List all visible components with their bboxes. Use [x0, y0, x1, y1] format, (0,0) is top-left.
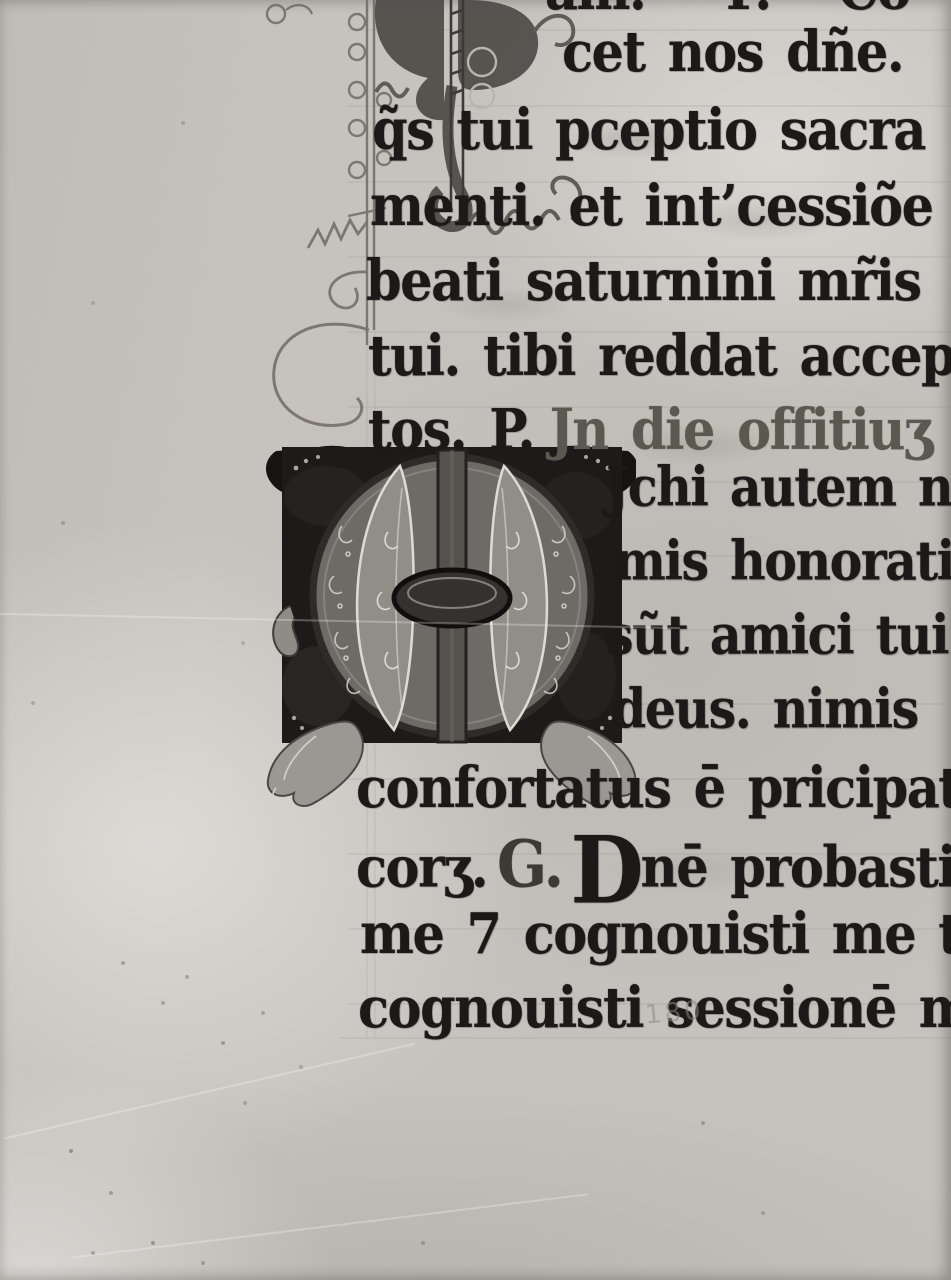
- text-black: tos. P.: [368, 397, 534, 463]
- text-line: beati saturnini mr̃is: [366, 249, 921, 314]
- text-line: q̃s tui pceptio sacra: [372, 98, 925, 163]
- text-black: corʒ.: [356, 834, 487, 900]
- text-line: menti. et int’cessiõe: [370, 174, 933, 239]
- illuminated-initial-m: [256, 436, 636, 808]
- text-black: nē probasti: [641, 834, 951, 900]
- versal-g: G.: [487, 827, 570, 903]
- text-line: Jchi autem ni: [606, 456, 951, 518]
- pencil-foliation-number: 180: [644, 996, 705, 1031]
- manuscript-page: am. P. Cō cet nos dñe. q̃s tui pceptio s…: [0, 0, 951, 1280]
- text-line: deus. nimis: [612, 678, 918, 740]
- text-line: cet nos dñe.: [562, 20, 903, 85]
- text-line: sũt amici tui: [606, 604, 948, 666]
- text-line-with-rubric: tos. P.Jn die offitiuʒ: [368, 398, 931, 463]
- rubric-heading: Jn die offitiuʒ: [534, 397, 931, 463]
- text-line: me 7 cognouisti me tu: [360, 902, 951, 967]
- text-line: confortatus ē pricipat⁹: [356, 756, 951, 821]
- text-line-with-versal: corʒ.G.Dnē probasti: [356, 828, 951, 903]
- text-line: mis honorati: [614, 530, 951, 592]
- text-line: tui. tibi reddat accep: [368, 324, 951, 389]
